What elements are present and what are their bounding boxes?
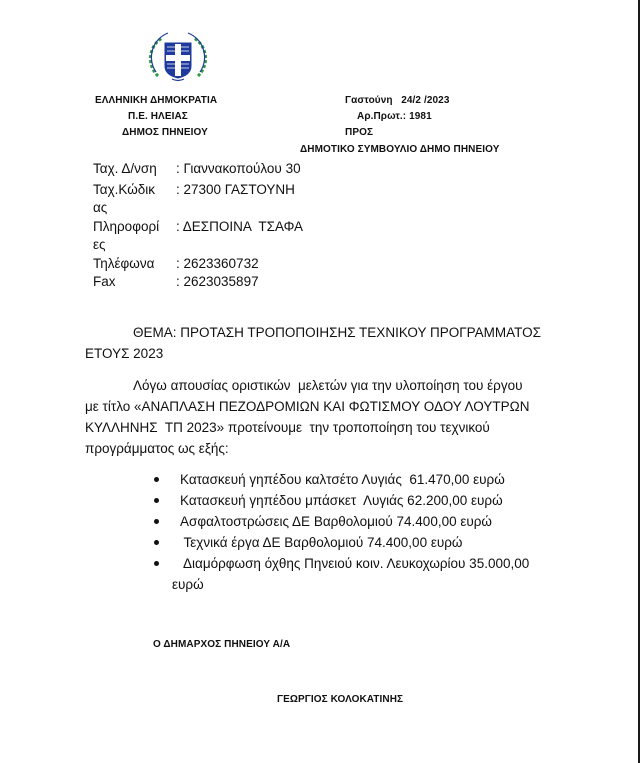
contact-label: Fax xyxy=(93,274,176,289)
bullet-icon xyxy=(154,498,159,503)
list-item: Κατασκευή γηπέδου μπάσκετ Λυγιάς 62.200,… xyxy=(150,490,550,511)
contact-fax: Fax : 2623035897 xyxy=(93,274,176,289)
contact-address: Ταχ. Δ/νση : Γιαννακοπούλου 30 xyxy=(93,161,176,176)
body-line: προγράμματος ως εξής: xyxy=(85,438,545,459)
contact-value: : 2623035897 xyxy=(176,274,259,289)
contact-postcode-label-cont: ας xyxy=(93,200,176,215)
header-protocol-number: Αρ.Πρωτ.: 1981 xyxy=(357,111,432,122)
contact-phone: Τηλέφωνα : 2623360732 xyxy=(93,256,176,271)
body-line: με τίτλο «ΑΝΑΠΛΑΣΗ ΠΕΖΟΔΡΟΜΙΩΝ ΚΑΙ ΦΩΤΙΣ… xyxy=(85,396,545,417)
contact-value: : ΔΕΣΠΟΙΝΑ ΤΣΑΦΑ xyxy=(176,219,303,234)
signature-name: ΓΕΩΡΓΙΟΣ ΚΟΛΟΚΑΤΙΝΗΣ xyxy=(277,694,403,705)
bullet-icon xyxy=(154,561,159,566)
list-item-text: Κατασκευή γηπέδου μπάσκετ Λυγιάς 62.200,… xyxy=(180,493,503,508)
list-item-text: Ασφαλτοστρώσεις ΔΕ Βαρθολομιού 74.400,00… xyxy=(180,514,492,529)
contact-info-label-cont: ες xyxy=(93,237,176,252)
contact-label-cont: ες xyxy=(93,237,176,252)
contact-label-cont: ας xyxy=(93,200,176,215)
list-item-text-cont: ευρώ xyxy=(172,574,550,595)
contact-label: Τηλέφωνα xyxy=(93,256,176,271)
header-region: Π.Ε. ΗΛΕΙΑΣ xyxy=(128,111,188,122)
header-municipality: ΔΗΜΟΣ ΠΗΝΕΙΟΥ xyxy=(122,127,208,138)
header-to-label: ΠΡΟΣ xyxy=(345,127,373,138)
list-item: Τεχνικά έργα ΔΕ Βαρθολομιού 74.400,00 ευ… xyxy=(150,532,550,553)
list-item: Διαμόρφωση όχθης Πηνειού κοιν. Λευκοχωρί… xyxy=(150,553,550,595)
bullet-icon xyxy=(154,519,159,524)
bullet-icon xyxy=(154,540,159,545)
contact-postcode: Ταχ.Κώδικ : 27300 ΓΑΣΤΟΥΝΗ xyxy=(93,182,176,197)
contact-value: : 27300 ΓΑΣΤΟΥΝΗ xyxy=(176,182,295,197)
contact-info: Πληροφορί : ΔΕΣΠΟΙΝΑ ΤΣΑΦΑ xyxy=(93,219,176,234)
subject-line-1: ΘΕΜΑ: ΠΡΟΤΑΣΗ ΤΡΟΠΟΠΟΙΗΣΗΣ ΤΕΧΝΙΚΟΥ ΠΡΟΓ… xyxy=(133,325,541,340)
subject-line-2: ΕΤΟΥΣ 2023 xyxy=(85,343,545,364)
project-list: Κατασκευή γηπέδου καλτσέτο Λυγιάς 61.470… xyxy=(150,469,550,595)
contact-label: Ταχ. Δ/νση xyxy=(93,161,176,176)
contact-label: Πληροφορί xyxy=(93,219,176,234)
header-recipient: ΔΗΜΟΤΙΚΟ ΣΥΜΒΟΥΛΙΟ ΔΗΜΟ ΠΗΝΕΙΟΥ xyxy=(300,144,500,155)
list-item-text: Κατασκευή γηπέδου καλτσέτο Λυγιάς 61.470… xyxy=(180,472,505,487)
body-line: ΚΥΛΛΗΝΗΣ ΤΠ 2023» προτείνουμε την τροποπ… xyxy=(85,417,545,438)
greek-coat-of-arms-icon xyxy=(148,28,208,88)
signature-title: Ο ΔΗΜΑΡΧΟΣ ΠΗΝΕΙΟΥ Α/Α xyxy=(153,639,290,650)
contact-label: Ταχ.Κώδικ xyxy=(93,182,176,197)
contact-value: : Γιαννακοπούλου 30 xyxy=(176,161,301,176)
contact-value: : 2623360732 xyxy=(176,256,259,271)
list-item-text: Τεχνικά έργα ΔΕ Βαρθολομιού 74.400,00 ευ… xyxy=(180,535,462,550)
body-paragraph: Λόγω απουσίας οριστικών μελετών για την … xyxy=(85,375,545,459)
list-item-text: Διαμόρφωση όχθης Πηνειού κοιν. Λευκοχωρί… xyxy=(180,556,529,571)
list-item: Κατασκευή γηπέδου καλτσέτο Λυγιάς 61.470… xyxy=(150,469,550,490)
subject: ΘΕΜΑ: ΠΡΟΤΑΣΗ ΤΡΟΠΟΠΟΙΗΣΗΣ ΤΕΧΝΙΚΟΥ ΠΡΟΓ… xyxy=(85,322,545,364)
bullet-icon xyxy=(154,477,159,482)
header-country: ΕΛΛΗΝΙΚΗ ΔΗΜΟΚΡΑΤΙΑ xyxy=(95,95,217,106)
list-item: Ασφαλτοστρώσεις ΔΕ Βαρθολομιού 74.400,00… xyxy=(150,511,550,532)
header-place-date: Γαστούνη 24/2 /2023 xyxy=(345,95,449,106)
body-line: Λόγω απουσίας οριστικών μελετών για την … xyxy=(133,378,523,393)
